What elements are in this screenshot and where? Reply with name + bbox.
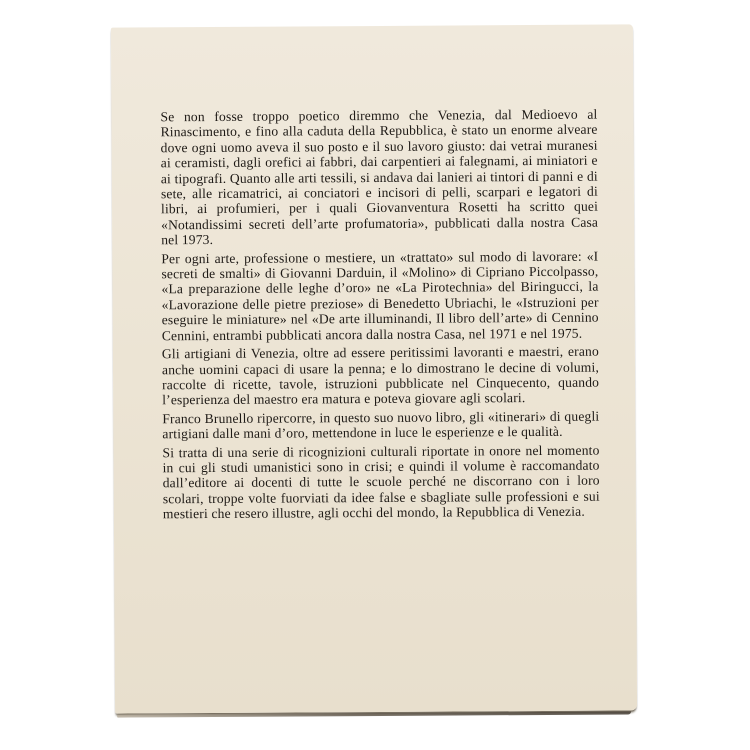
blurb-paragraph-5: Si tratta di una serie di ricognizioni c… (162, 442, 599, 522)
cover-blurb: Se non fosse troppo poetico diremmo che … (160, 107, 600, 525)
blurb-paragraph-1: Se non fosse troppo poetico diremmo che … (160, 107, 598, 248)
blurb-paragraph-3: Gli artigiani di Venezia, oltre ad esser… (162, 344, 599, 408)
book-back-cover: Se non fosse troppo poetico diremmo che … (111, 24, 637, 713)
blurb-paragraph-4: Franco Brunello ripercorre, in questo su… (162, 408, 599, 441)
blurb-paragraph-2: Per ogni arte, professione o mestiere, u… (161, 248, 599, 343)
